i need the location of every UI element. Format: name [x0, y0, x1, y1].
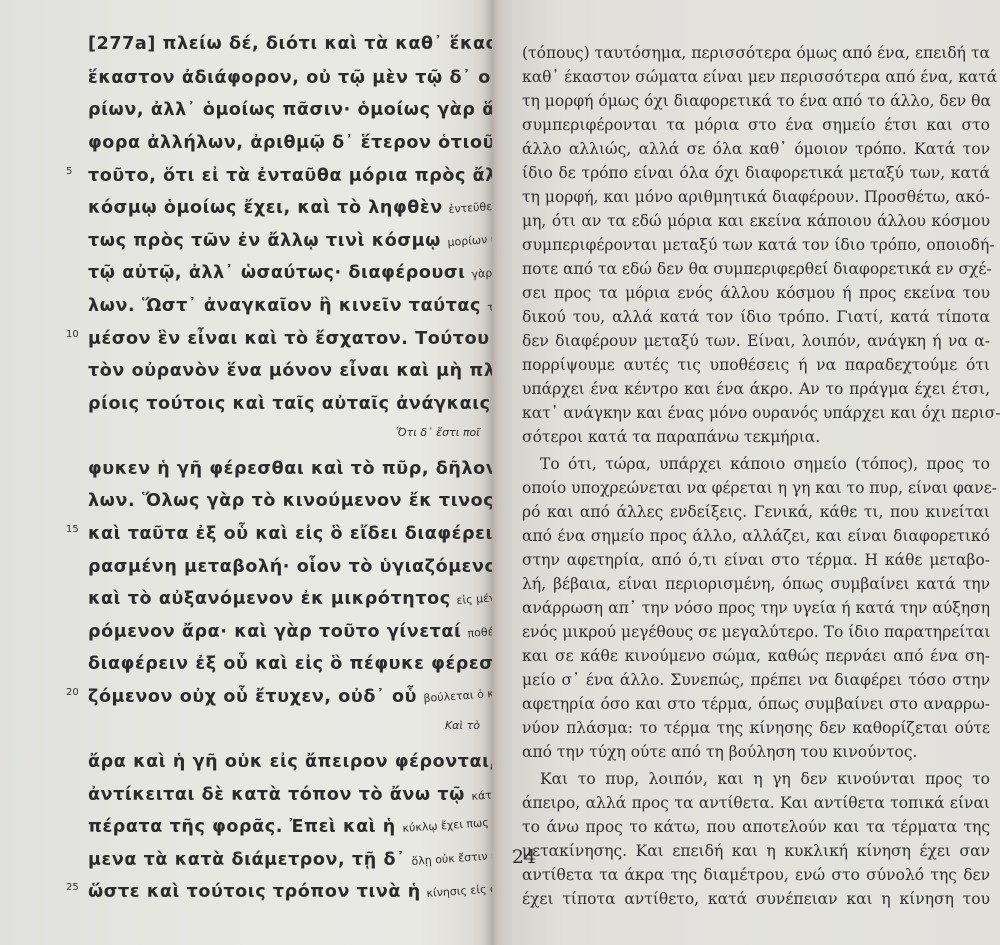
section-start-fragment: Καὶ τὸ [445, 719, 480, 732]
line-number: 5 [66, 166, 72, 177]
line-number: 25 [66, 882, 79, 893]
translation-text-line: υπάρχει ένα κέντρο και ένα άκρο. Αν το π… [522, 380, 990, 398]
translation-text-line: ανάρρωση απ᾽ την νόσο προς την υγεία ή κ… [522, 599, 990, 617]
translation-text-line: μετακίνησης. Και επειδή και η κυκλική κί… [522, 842, 990, 860]
translation-text-line: άπειρο, αλλά προς τα αντίθετα. Και αντίθ… [522, 794, 990, 812]
translation-text-line: νύον πλάσμα: το τέρμα της κίνησης δεν κα… [522, 719, 990, 737]
translation-text-line: καθ᾽ έκαστον σώματα είναι μεν περισσότερ… [522, 68, 990, 86]
book-spine-shadow [484, 0, 498, 945]
line-text: ὥστε καὶ τούτοις τρόπον τινὰ ἡ [88, 882, 421, 902]
translation-text-line: αντίθετα τα άκρα της διαμέτρου, ενώ στο … [522, 866, 990, 884]
line-text: λων. Ὥστ᾽ ἀναγκαῖον ἢ κινεῖν ταύτας [88, 296, 481, 316]
greek-text-line: πέρατα τῆς φορᾶς. Ἐπεὶ καὶ ἡ κύκλῳ ἔχει … [88, 817, 516, 837]
translation-text-line: δεν διαφέρουν μεταξύ των. Είναι, λοιπόν,… [522, 332, 990, 350]
left-page-greek-original: [277a] πλείω δέ, διότι καὶ τὰ καθ᾽ ἕκαστ… [0, 0, 492, 945]
greek-text-line: ὥστε καὶ τούτοις τρόπον τινὰ ἡ κίνησις ε… [88, 882, 515, 902]
line-number: 10 [66, 329, 79, 340]
translation-text-line: στην αφετηρία, από ό,τι είναι στο τέρμα.… [522, 551, 990, 569]
translation-text-line: τη μορφή, και μόνο αριθμητικά διαφέρουν.… [522, 188, 990, 206]
line-text: διαφέρειν ἐξ οὗ καὶ εἰς ὃ πέφυκε φέρεσθα… [88, 654, 533, 674]
line-text: καὶ ταῦτα ἐξ οὗ καὶ εἰς ὃ εἴδει διαφέρει… [88, 524, 500, 544]
line-text: ἄρα καὶ ἡ γῆ οὐκ εἰς ἄπειρον φέρονται, [88, 752, 497, 772]
translation-text-line: από την τύχη ούτε από τη βούληση του κιν… [522, 743, 990, 761]
greek-text-line: μενα τὰ κατὰ διάμετρον, τῇ δ᾽ ὅλῃ οὐκ ἔσ… [88, 850, 551, 870]
translation-text-line: τη μορφή όμως όχι διαφορετικά το ένα από… [522, 92, 990, 110]
line-text: ρίοις τούτοις καὶ ταῖς αὐταῖς ἀνάγκαις. [88, 394, 498, 414]
line-text: ρασμένη μεταβολή· οἷον τὸ ὑγιαζόμενον [88, 557, 510, 577]
line-text: τοῦτο, ὅτι εἰ τὰ ἐνταῦθα μόρια πρὸς ἄλλη… [88, 166, 546, 186]
translation-text-line: μη, ότι αν τα εδώ μόρια και εκείνα κάποι… [522, 212, 990, 230]
translation-text-line: ποτε από τα εδώ δεν θα συμπεριφερθεί δια… [522, 260, 990, 278]
translation-text-line: λή, βέβαια, είναι περιορισμένη, όπως συμ… [522, 575, 990, 593]
open-book-spread: [277a] πλείω δέ, διότι καὶ τὰ καθ᾽ ἕκαστ… [0, 0, 1000, 945]
line-text: τῷ αὐτῷ, ἀλλ᾽ ὡσαύτως· διαφέρουσι [88, 263, 466, 283]
translation-text-line: συμπεριφέρονται μεταξύ των κατά τον ίδιο… [522, 236, 990, 254]
line-number: 20 [66, 687, 79, 698]
line-text: πέρατα τῆς φορᾶς. Ἐπεὶ καὶ ἡ [88, 817, 396, 837]
translation-text-line: άλλο αλλιώς, αλλά σε όλα καθ᾽ όμοιον τρό… [522, 140, 990, 158]
translation-text-line: πορρίψουμε αυτές τις υποθέσεις ή να παρα… [522, 356, 990, 374]
paragraph-first-line: Και το πυρ, λοιπόν, και η γη δεν κινούντ… [540, 770, 990, 788]
right-page-modern-greek-translation: 24 (τόπους) ταυτόσημα, περισσότερα όμως … [492, 0, 1000, 945]
line-text: καὶ τὸ αὐξανόμενον ἐκ μικρότητος [88, 589, 451, 609]
greek-text-line: ζόμενον οὐχ οὗ ἔτυχεν, οὐδ᾽ οὗ βούλεται … [88, 687, 523, 707]
greek-text-line: ρίοις τούτοις καὶ ταῖς αὐταῖς ἀνάγκαις. [88, 394, 498, 414]
line-text: τως πρὸς τῶν ἐν ἄλλῳ τινὶ κόσμῳ [88, 231, 441, 251]
line-text: ρόμενον ἄρα· καὶ γὰρ τοῦτο γίνεταί [88, 622, 461, 642]
translation-text-line: έχει τίποτα αντίθετο, κατά συνέπειαν και… [522, 890, 990, 908]
line-text: ἀντίκειται δὲ κατὰ τόπον τὸ ἄνω τῷ [88, 785, 465, 805]
translation-text-line: (τόπους) ταυτόσημα, περισσότερα όμως από… [522, 44, 990, 62]
translation-text-line: ρό και από άλλες ενδείξεις. Γενικά, κάθε… [522, 503, 990, 521]
translation-text-line: ενός μικρού μεγέθους σε μεγαλύτερο. Το ί… [522, 623, 990, 641]
line-number: 15 [66, 524, 79, 535]
translation-text-line: από ένα σημείο προς άλλο, αλλάζει, και ε… [522, 527, 990, 545]
line-text: φυκεν ἡ γῆ φέρεσθαι καὶ τὸ πῦρ, δῆλον [88, 459, 498, 479]
line-text: [277a] πλείω δέ, διότι καὶ τὰ καθ᾽ ἕκαστ… [88, 34, 524, 54]
translation-text-line: αφετηρία όσο και στο τέρμα, όπως συμβαίν… [522, 695, 990, 713]
line-text: ζόμενον οὐχ οὗ ἔτυχεν, οὐδ᾽ οὗ [88, 687, 417, 707]
translation-text-line: δικού του, αλλά κατά τον ίδιο τρόπο. Για… [522, 308, 990, 326]
paragraph-first-line: Το ότι, τώρα, υπάρχει κάποιο σημείο (τόπ… [540, 455, 990, 473]
line-text: φορα ἀλλήλων, ἀριθμῷ δ᾽ ἕτερον ὁτιοῦν [88, 133, 508, 153]
translation-text-line: μείο σ᾽ ένα άλλο. Συνεπώς, πρέπει να δια… [522, 671, 990, 689]
translation-text-line: το άνω προς το κάτω, που αποτελούν και τ… [522, 818, 990, 836]
line-text: λων. Ὅλως γὰρ τὸ κινούμενον ἔκ τινος [88, 491, 494, 511]
translation-text-line: κατ᾽ ανάγκην και ένας μόνο ουρανός υπάρχ… [522, 404, 990, 422]
section-start-fragment: Ὅτι δ᾽ ἔστι ποῖ [396, 426, 480, 439]
translation-text-line: σει προς τα μόρια ενός άλλου κόσμου ή πρ… [522, 284, 990, 302]
line-text: κόσμῳ ὁμοίως ἔχει, καὶ τὸ ληφθὲν [88, 198, 443, 218]
line-text: μενα τὰ κατὰ διάμετρον, τῇ δ᾽ [88, 850, 405, 870]
line-text: ἕκαστον ἀδιάφορον, οὐ τῷ μὲν τῷ δ᾽ οὐ [88, 68, 503, 88]
translation-text-line: συμπεριφέρονται τα μόρια στο ένα σημείο … [522, 116, 990, 134]
translation-text-line: και σε κάθε κινούμενο σώμα, καθώς περνάε… [522, 647, 990, 665]
line-text: μέσον ἓν εἶναι καὶ τὸ ἔσχατον. Τούτου δ᾽ [88, 329, 518, 349]
translation-text-line: οποίο υποχρεώνεται να φέρεται η γη και τ… [522, 479, 990, 497]
translation-text-line: ίδιο δε τρόπο είναι όλα όχι διαφορετικά … [522, 164, 990, 182]
translation-text-line: σότεροι κατά τα παραπάνω τεκμήρια. [522, 428, 990, 446]
